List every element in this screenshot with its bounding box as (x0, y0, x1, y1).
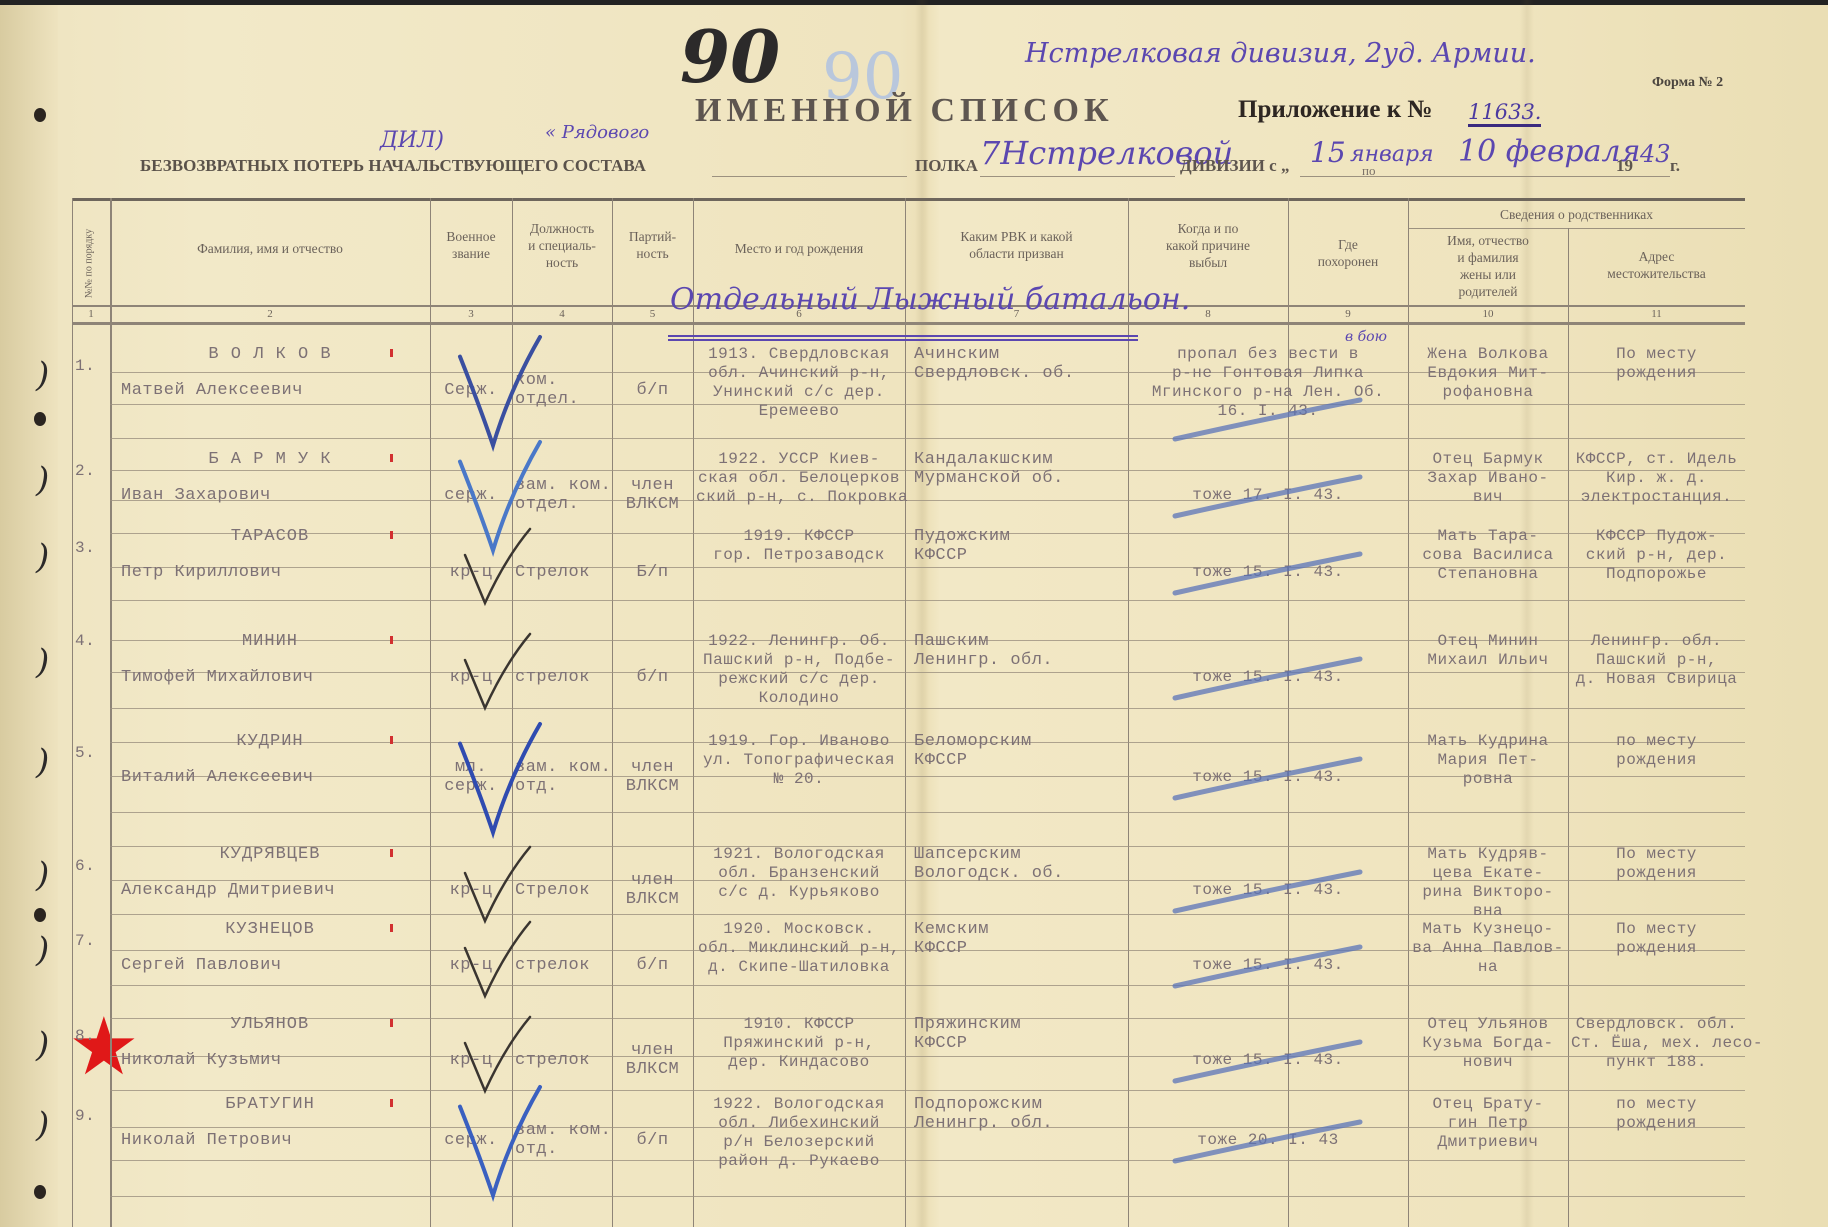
reason-note: в бою (1345, 329, 1387, 345)
given-names: Виталий Алексеевич (113, 768, 435, 787)
strike-mark-icon (1170, 1117, 1370, 1167)
appendix-label: Приложение к № (1238, 96, 1432, 124)
margin-tick-icon: ) (36, 355, 49, 395)
party: б/п (615, 381, 690, 400)
strike-mark-icon (1170, 1037, 1370, 1087)
row-number: 4. (75, 632, 107, 651)
strike-mark-icon (1170, 549, 1370, 599)
relative-address: Свердловск. обл.Ст. Ёша, мех. лесо-пункт… (1571, 1015, 1742, 1072)
column-number: 10 (1408, 308, 1568, 320)
check-mark-icon (455, 1085, 545, 1205)
year-suffix: 43 (1640, 140, 1671, 168)
year-end: г. (1670, 156, 1680, 176)
party: членВЛКСМ (615, 871, 690, 909)
strike-mark-icon (1170, 654, 1370, 704)
row-number: 7. (75, 932, 107, 951)
margin-tick-icon: ) (36, 930, 49, 970)
relative-name: Отец УльяновКузьма Богда-нович (1411, 1015, 1565, 1072)
check-mark-icon (455, 1015, 545, 1095)
party: членВЛКСМ (615, 1041, 690, 1079)
surname: БРАТУГИН (113, 1095, 427, 1114)
row-number: 5. (75, 744, 107, 763)
subtitle-insert-1: ДИЛ) (380, 128, 444, 153)
year-prefix: 19 (1616, 156, 1633, 176)
relative-name: Мать Кудряв-цева Екате-рина Викторо-вна (1411, 845, 1565, 921)
strike-mark-icon (1170, 472, 1370, 522)
ruled-line (110, 404, 1745, 405)
unit-annotation: Нстрелковая дивизия, 2уд. Армии. (1025, 38, 1536, 69)
row-number: 6. (75, 857, 107, 876)
birth-place-year: 1910. КФССРПряжинский р-н,дер. Киндасово (696, 1015, 902, 1072)
birth-place-year: 1922. Вологодскаяобл. Либехинскийр/н Бел… (696, 1095, 902, 1171)
binding-edge (0, 0, 58, 1227)
draft-office: ПряжинскимКФССР (908, 1015, 1131, 1053)
red-dot-mark (390, 454, 393, 462)
given-names: Матвей Алексеевич (113, 381, 435, 400)
party: Б/п (615, 563, 690, 582)
relative-address: КФССР, ст. ИдельКир. ж. д.электростанция… (1571, 450, 1742, 507)
row-number: 8. (75, 1027, 107, 1046)
punch-hole (34, 412, 46, 426)
punch-hole (34, 1185, 46, 1199)
draft-office: КандалакшскимМурманской об. (908, 450, 1131, 488)
relative-name: Мать Кузнецо-ва Анна Павлов-на (1411, 920, 1565, 977)
relative-name: Отец МининМихаил Ильич (1411, 632, 1565, 670)
surname: КУДРЯВЦЕВ (113, 845, 427, 864)
relative-name: Отец БармукЗахар Ивано-вич (1411, 450, 1565, 507)
draft-office: ПодпорожскимЛенингр. обл. (908, 1095, 1131, 1133)
birth-place-year: 1922. УССР Киев-ская обл. Белоцерковский… (696, 450, 902, 507)
red-dot-mark (390, 636, 393, 644)
regiment-underline (980, 176, 1175, 177)
birth-place-year: 1921. Вологодскаяобл. Бранзенскийс/с д. … (696, 845, 902, 902)
header-rvk: Каким РВК и какойобласти призван (907, 228, 1126, 262)
surname: КУЗНЕЦОВ (113, 920, 427, 939)
red-dot-mark (390, 924, 393, 932)
given-names: Иван Захарович (113, 486, 435, 505)
birth-place-year: 1919. Гор. Ивановоул. Топографическая№ 2… (696, 732, 902, 789)
division-label: ДИВИЗИИ с „ (1180, 156, 1289, 176)
surname: УЛЬЯНОВ (113, 1015, 427, 1034)
relative-address: По местурождения (1571, 920, 1742, 958)
ruled-line (110, 600, 1745, 601)
header-address: Адресместожительства (1570, 248, 1743, 282)
form-label: Форма № 2 (1652, 75, 1723, 91)
birth-place-year: 1922. Ленингр. Об.Пашский р-н, Подбе-реж… (696, 632, 902, 708)
check-mark-icon (455, 527, 545, 607)
surname: МИНИН (113, 632, 427, 651)
surname: ТАРАСОВ (113, 527, 427, 546)
date-underline (1300, 176, 1670, 177)
ruled-line (110, 1196, 1745, 1197)
party: б/п (615, 1131, 690, 1150)
red-dot-mark (390, 736, 393, 744)
draft-office: БеломорскимКФССР (908, 732, 1131, 770)
surname: Б А Р М У К (113, 450, 427, 469)
margin-tick-icon: ) (36, 537, 49, 577)
ruled-line (110, 1160, 1745, 1161)
margin-tick-icon: ) (36, 1025, 49, 1065)
draft-office: ПудожскимКФССР (908, 527, 1131, 565)
battalion-underline (668, 339, 1138, 341)
given-names: Петр Кириллович (113, 563, 435, 582)
given-names: Николай Петрович (113, 1131, 435, 1150)
column-divider (612, 198, 613, 1227)
red-dot-mark (390, 849, 393, 857)
row-number: 2. (75, 462, 107, 481)
header-reason: Когда и покакой причиневыбыл (1130, 220, 1286, 271)
strike-mark-icon (1170, 395, 1370, 445)
margin-tick-icon: ) (36, 855, 49, 895)
draft-office: ПашскимЛенингр. обл. (908, 632, 1131, 670)
battalion-annotation: Отдельный Лыжный батальон. (670, 282, 1190, 317)
relative-address: Ленингр. обл.Пашский р-н,д. Новая Свириц… (1571, 632, 1742, 689)
regiment-label: ПОЛКА (915, 156, 978, 176)
margin-tick-icon: ) (36, 742, 49, 782)
check-mark-icon (455, 920, 545, 1000)
check-mark-icon (455, 845, 545, 925)
check-mark-icon (455, 335, 545, 455)
relative-name: Жена ВолковаЕвдокия Мит-рофановна (1411, 345, 1565, 402)
subtitle-underline (712, 176, 907, 177)
party: б/п (615, 956, 690, 975)
draft-office: ШапсерскимВологодск. об. (908, 845, 1131, 883)
column-number: 2 (110, 308, 430, 320)
draft-office: АчинскимСвердловск. об. (908, 345, 1131, 383)
punch-hole (34, 108, 46, 122)
relative-name: Мать Тара-сова ВасилисаСтепановна (1411, 527, 1565, 584)
relative-name: Отец Брату-гин ПетрДмитриевич (1411, 1095, 1565, 1152)
ruled-line (110, 708, 1745, 709)
document-title: ИМЕННОЙ СПИСОК (695, 92, 1114, 130)
surname: КУДРИН (113, 732, 427, 751)
row-number: 1. (75, 357, 107, 376)
date-from-day: 15 (1310, 136, 1346, 169)
column-divider (693, 198, 694, 1227)
party: б/п (615, 668, 690, 687)
punch-hole (34, 908, 46, 922)
relative-address: КФССР Пудож-ский р-н, дер.Подпорожье (1571, 527, 1742, 584)
header-buried: Гдепохоронен (1290, 236, 1406, 270)
header-relative-name: Имя, отчествои фамилияжены илиродителей (1410, 232, 1566, 300)
party: членВЛКСМ (615, 758, 690, 796)
strike-mark-icon (1170, 867, 1370, 917)
ruled-line (110, 812, 1745, 813)
relative-address: по местурождения (1571, 1095, 1742, 1133)
page-number: 90 (680, 14, 780, 99)
surname: В О Л К О В (113, 345, 427, 364)
red-dot-mark (390, 1099, 393, 1107)
relative-name: Мать КудринаМария Пет-ровна (1411, 732, 1565, 789)
column-divider (905, 198, 906, 1227)
header-name: Фамилия, имя и отчество (112, 240, 428, 257)
party: членВЛКСМ (615, 476, 690, 514)
battalion-underline (668, 335, 1138, 337)
header-position: Должностьи специаль-ность (514, 220, 610, 271)
header-relatives-group: Сведения о родственниках (1410, 206, 1743, 223)
column-number: 4 (512, 308, 612, 320)
check-mark-icon (455, 722, 545, 842)
ruled-line (110, 438, 1745, 439)
red-dot-mark (390, 1019, 393, 1027)
column-number: 11 (1568, 308, 1745, 320)
row-number: 3. (75, 539, 107, 558)
column-divider (72, 198, 73, 1227)
column-divider (110, 198, 112, 1227)
given-names: Александр Дмитриевич (113, 881, 435, 900)
given-names: Тимофей Михайлович (113, 668, 435, 687)
number-row-rule (72, 322, 1745, 325)
table-top-rule (72, 198, 1745, 201)
given-names: Сергей Павлович (113, 956, 435, 975)
header-party: Партий-ность (614, 228, 691, 262)
relative-address: По местурождения (1571, 845, 1742, 883)
red-dot-mark (390, 531, 393, 539)
check-mark-icon (455, 632, 545, 712)
strike-mark-icon (1170, 754, 1370, 804)
birth-place-year: 1919. КФССРгор. Петрозаводск (696, 527, 902, 565)
given-names: Николай Кузьмич (113, 1051, 435, 1070)
column-divider (430, 198, 431, 1227)
top-edge (0, 0, 1828, 5)
relative-address: По местурождения (1571, 345, 1742, 383)
relatives-group-rule (1408, 228, 1745, 229)
birth-place-year: 1913. Свердловскаяобл. Ачинский р-н,Унин… (696, 345, 902, 421)
column-divider (1408, 198, 1409, 1227)
appendix-number: 11633. (1468, 100, 1541, 127)
margin-tick-icon: ) (36, 460, 49, 500)
margin-tick-icon: ) (36, 642, 49, 682)
column-number: 9 (1288, 308, 1408, 320)
subtitle-insert-2: « Рядового (545, 122, 649, 143)
ruled-line (110, 985, 1745, 986)
draft-office: КемскимКФССР (908, 920, 1131, 958)
subtitle: БЕЗВОЗВРАТНЫХ ПОТЕРЬ НАЧАЛЬСТВУЮЩЕГО СОС… (140, 156, 646, 176)
ruled-line (110, 1090, 1745, 1091)
date-to: 10 февраля (1458, 134, 1640, 169)
strike-mark-icon (1170, 942, 1370, 992)
header-birth: Место и год рождения (695, 240, 903, 257)
row-number: 9. (75, 1107, 107, 1126)
relative-address: по местурождения (1571, 732, 1742, 770)
margin-tick-icon: ) (36, 1105, 49, 1145)
birth-place-year: 1920. Московск.обл. Миклинский р-н,д. Ск… (696, 920, 902, 977)
header-rank: Военноезвание (432, 228, 510, 262)
red-dot-mark (390, 349, 393, 357)
column-number: 3 (430, 308, 512, 320)
column-number: 1 (72, 308, 110, 320)
column-divider (1568, 228, 1569, 1227)
header-number: №№ по порядку (84, 229, 95, 299)
